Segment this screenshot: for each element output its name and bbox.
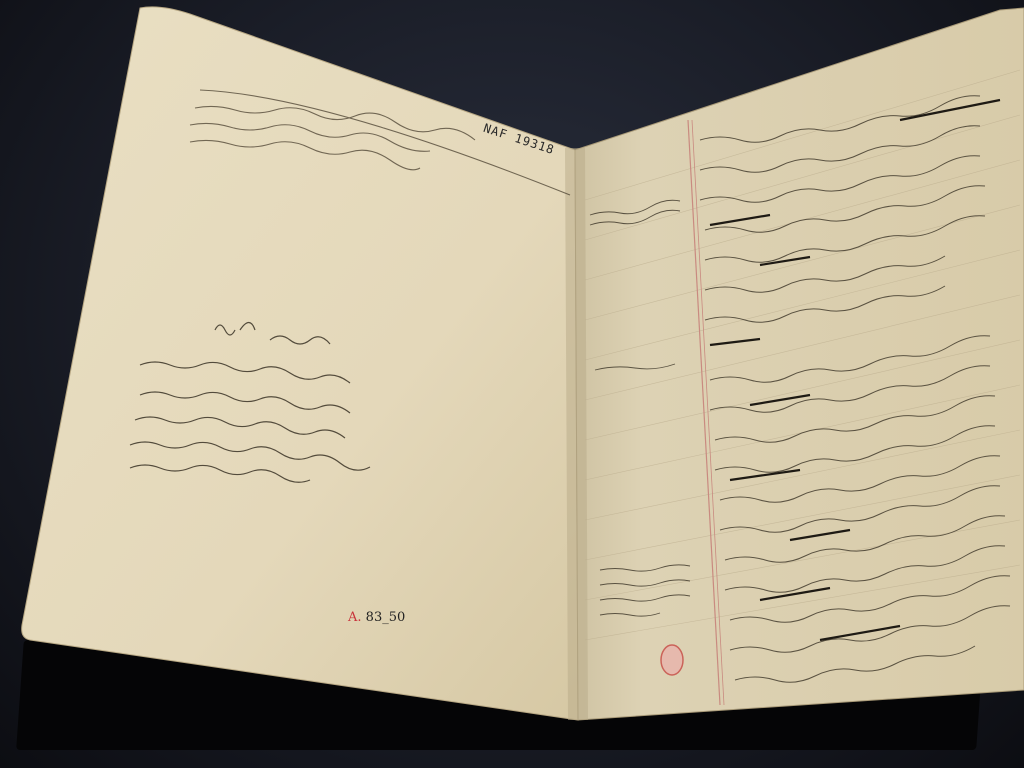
shelf-mark-number: 83_50: [366, 610, 406, 625]
shelf-mark: A. 83_50: [348, 610, 405, 625]
manuscript: [0, 0, 1024, 768]
left-page: [22, 7, 578, 720]
shelf-mark-prefix: A.: [348, 610, 362, 625]
right-page: [575, 8, 1024, 720]
library-stamp: [661, 645, 683, 675]
